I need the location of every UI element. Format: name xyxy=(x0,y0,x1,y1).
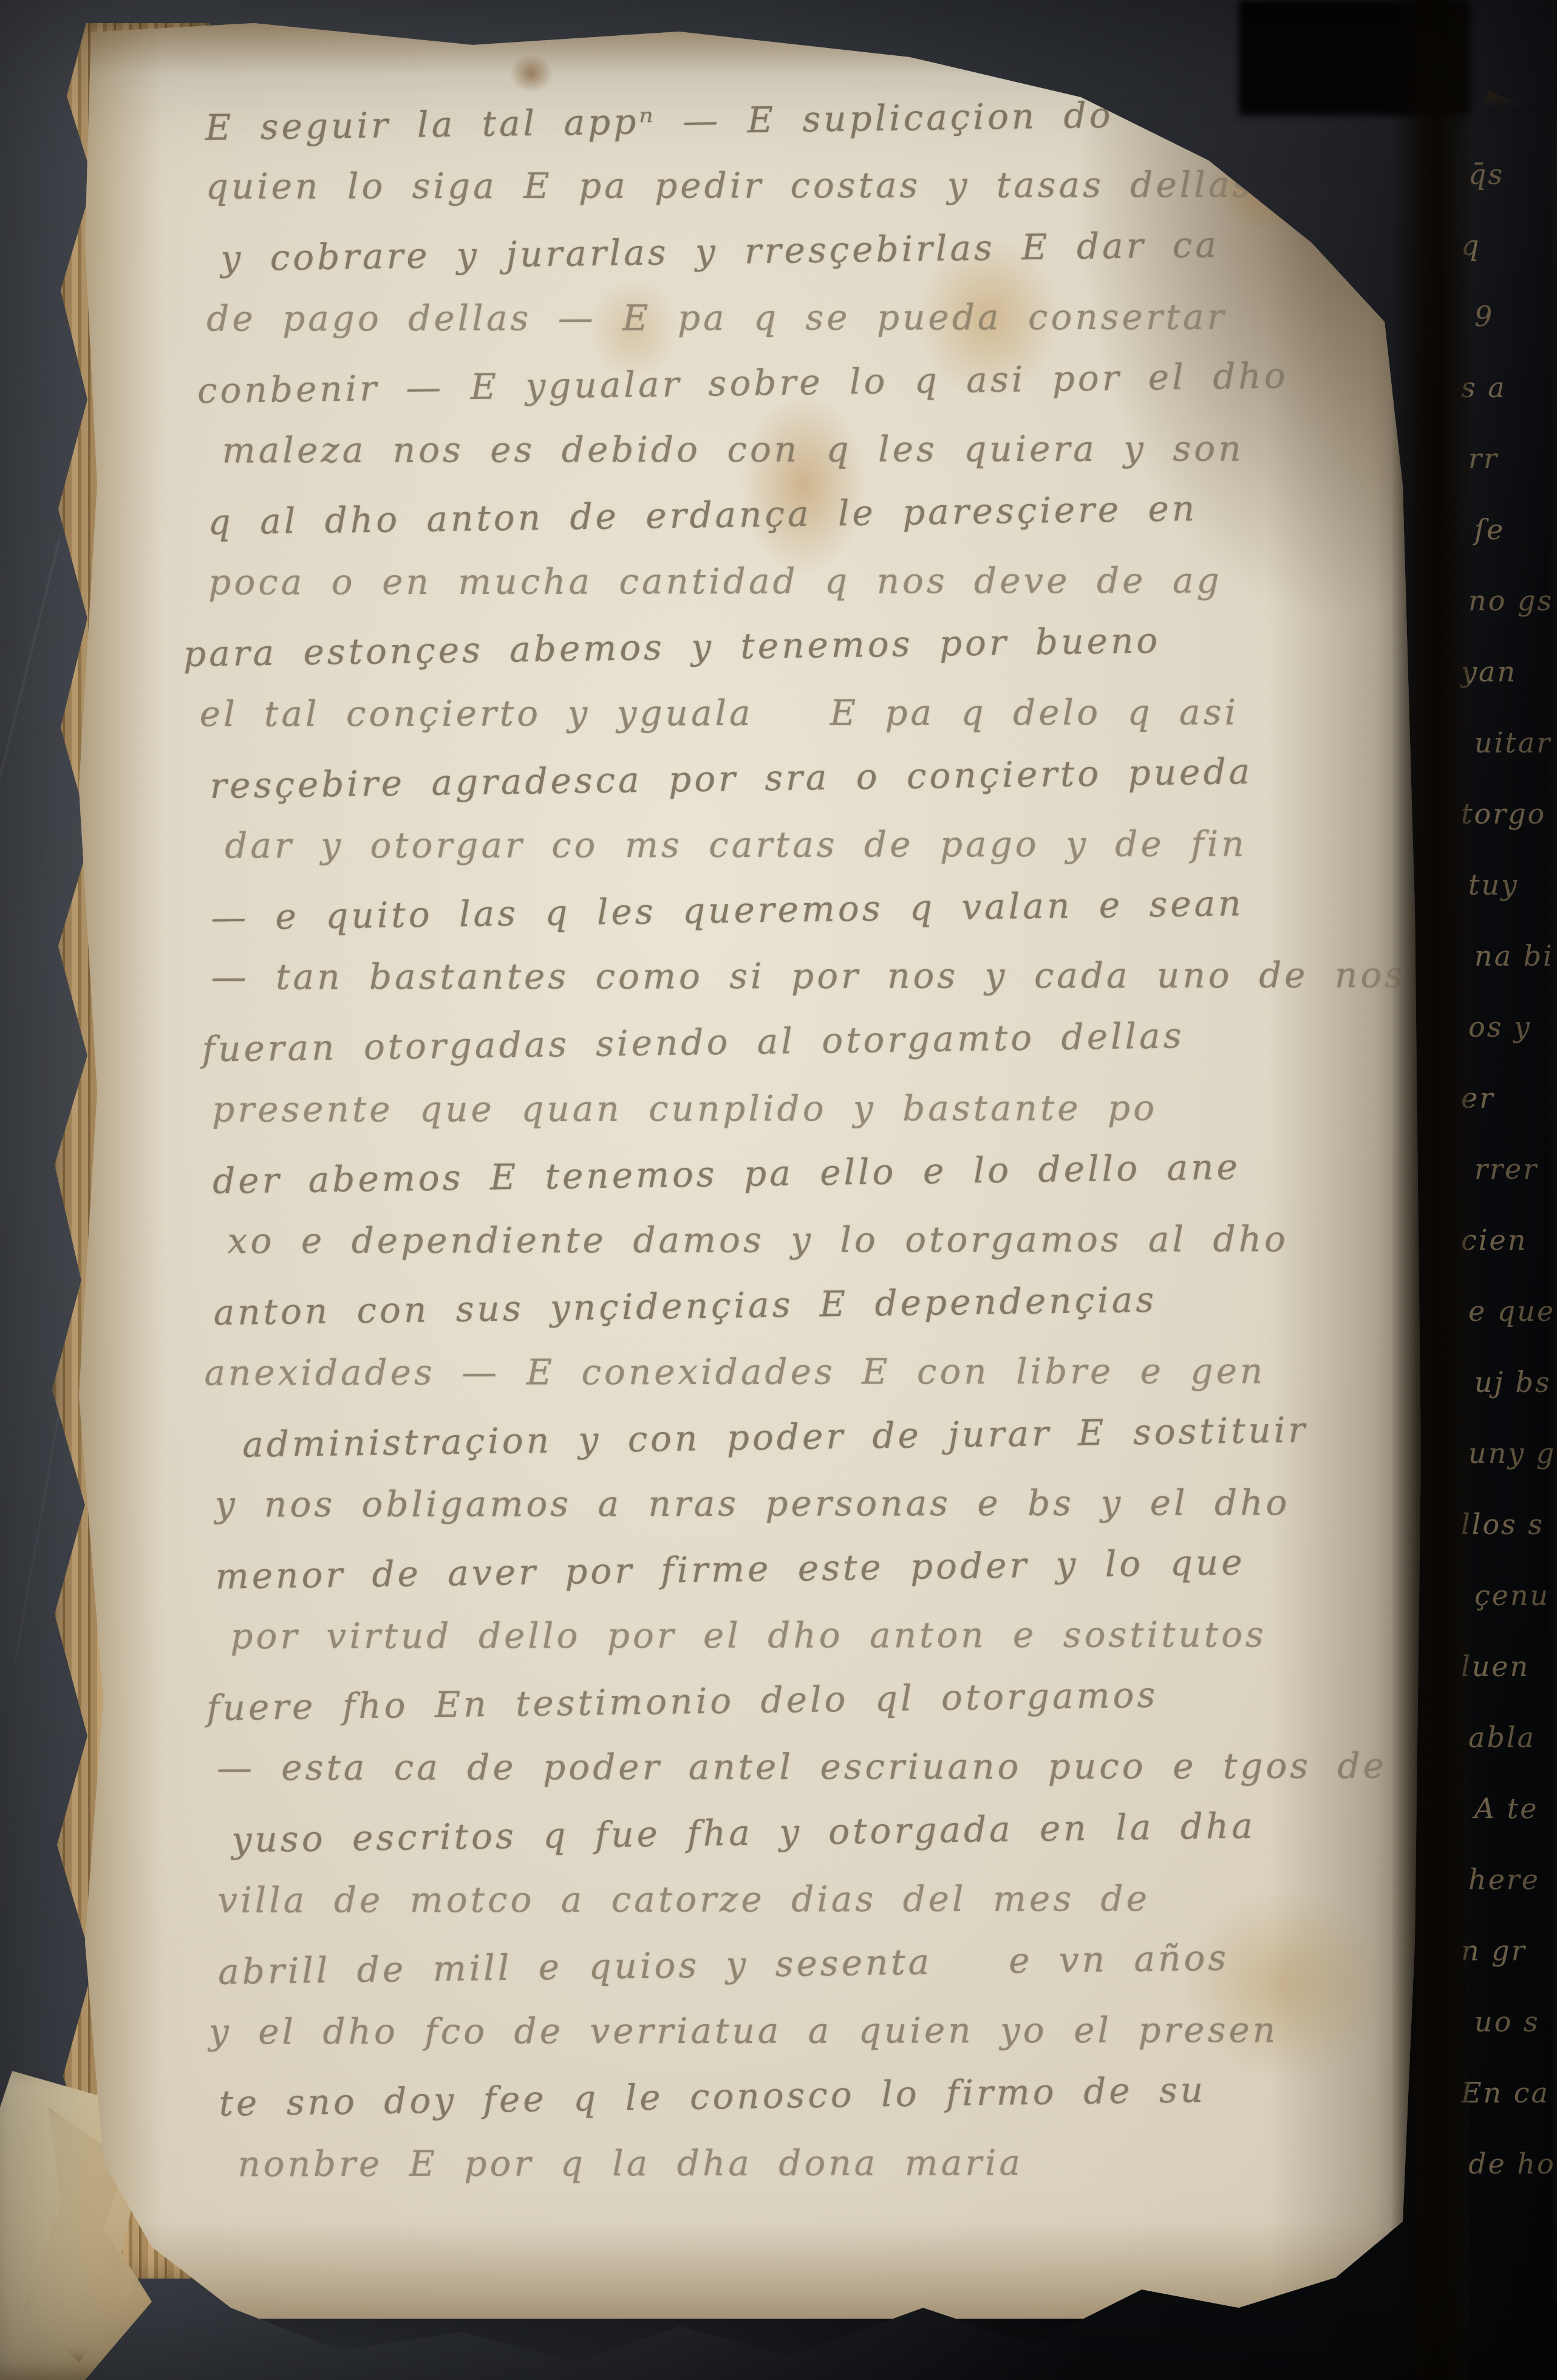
manuscript-line: fueran otorgadas siendo al otorgamto del… xyxy=(202,1015,1185,1070)
manuscript-fragment: de ho xyxy=(1468,2147,1556,2180)
manuscript-line: quien lo siga E pa pedir costas y tasas … xyxy=(206,163,1375,206)
manuscript-fragment: llos s xyxy=(1461,1508,1544,1541)
manuscript-fragment: çenu xyxy=(1474,1579,1550,1612)
manuscript-fragment: n gr xyxy=(1461,1934,1527,1967)
manuscript-fragment: os y xyxy=(1468,1011,1531,1043)
manuscript-photo: E seguir la tal appⁿ — E suplicaçion do … xyxy=(0,0,1557,2380)
manuscript-line: nonbre E por q la dha dona maria xyxy=(237,2142,1023,2184)
manuscript-line: te sno doy fee q le conosco lo firmo de … xyxy=(219,2069,1206,2124)
manuscript-line: conbenir — E ygualar sobre lo q asi por … xyxy=(197,355,1289,411)
manuscript-line: fuere fho En testimonio delo ql otorgamo… xyxy=(206,1674,1159,1729)
ink-stain xyxy=(510,55,553,92)
manuscript-line: — e quito las q les queremos q valan e s… xyxy=(211,882,1244,938)
background-scratch xyxy=(0,540,60,918)
manuscript-fragment: er xyxy=(1461,1082,1494,1114)
manuscript-line: y cobrare y jurarlas y rresçebirlas E da… xyxy=(220,224,1219,279)
manuscript-line: der abemos E tenemos pa ello e lo dello … xyxy=(213,1146,1241,1202)
manuscript-fragment: here xyxy=(1468,1863,1540,1896)
manuscript-line: abrill de mill e quios y sesenta e vn añ… xyxy=(218,1937,1230,1992)
manuscript-fragment: En ca xyxy=(1461,2076,1550,2109)
manuscript-fragment: tuy xyxy=(1468,868,1519,901)
manuscript-fragment: uny g xyxy=(1468,1437,1556,1470)
manuscript-line: yuso escritos q fue fha y otorgada en la… xyxy=(231,1805,1256,1861)
manuscript-line: — tan bastantes como si por nos y cada u… xyxy=(211,954,1406,997)
manuscript-fragment: ſe xyxy=(1474,513,1505,546)
manuscript-fragment: q xyxy=(1461,229,1480,262)
manuscript-fragment: luen xyxy=(1461,1650,1530,1683)
manuscript-line: xo e dependiente damos y lo otorgamos al… xyxy=(228,1218,1289,1261)
manuscript-line: el tal conçierto y yguala E pa q delo q … xyxy=(200,691,1239,734)
manuscript-fragment: na bi xyxy=(1474,939,1554,972)
manuscript-line: por virtud dello por el dho anton e sost… xyxy=(230,1614,1267,1657)
background-dark-patch xyxy=(1239,0,1470,115)
manuscript-line: dar y otorgar co ms cartas de pago y de … xyxy=(225,823,1247,866)
manuscript-line: villa de motco a catorze dias del mes de xyxy=(217,1878,1150,1921)
manuscript-line: para estonçes abemos y tenemos por bueno xyxy=(183,619,1161,674)
manuscript-line: presente que quan cunplido y bastante po xyxy=(212,1087,1157,1130)
manuscript-page-left: E seguir la tal appⁿ — E suplicaçion do … xyxy=(72,17,1432,2319)
manuscript-fragment: rr xyxy=(1468,442,1499,475)
manuscript-line: maleza nos es debido con q les quiera y … xyxy=(222,428,1244,471)
manuscript-line: y el dho fco de verriatua a quien yo el … xyxy=(209,2009,1278,2052)
manuscript-fragment: uo s xyxy=(1474,2005,1540,2038)
manuscript-line: q al dho anton de erdança le paresçiere … xyxy=(208,488,1198,543)
manuscript-fragment: cien xyxy=(1461,1224,1527,1256)
manuscript-text-left: E seguir la tal appⁿ — E suplicaçion do … xyxy=(205,94,1429,2240)
manuscript-fragment: abla xyxy=(1468,1721,1536,1754)
manuscript-fragment: rrer xyxy=(1474,1153,1538,1185)
manuscript-line: y nos obligamos a nras personas e bs y e… xyxy=(215,1482,1290,1525)
manuscript-fragment: yan xyxy=(1461,655,1517,688)
manuscript-fragment: 9 xyxy=(1474,300,1494,333)
manuscript-fragment: uitar xyxy=(1474,726,1552,759)
manuscript-line: poca o en mucha cantidad q nos deve de a… xyxy=(208,559,1222,602)
manuscript-page-right: q̄sq9s arrſeno gsyanuitartorgotuyna bios… xyxy=(1434,91,1557,2302)
manuscript-line: menor de aver por firme este poder y lo … xyxy=(215,1541,1245,1597)
manuscript-line: anexidades — E conexidades E con libre e… xyxy=(204,1350,1266,1393)
manuscript-fragment: e que xyxy=(1468,1295,1555,1328)
manuscript-fragment: q̄s xyxy=(1468,158,1504,191)
manuscript-fragment: torgo xyxy=(1461,797,1546,830)
manuscript-fragment: s a xyxy=(1461,371,1507,404)
manuscript-line: anton con sus ynçidençias E dependençias xyxy=(213,1279,1157,1334)
manuscript-line: de pago dellas — E pa q se pueda consert… xyxy=(206,296,1227,339)
manuscript-fragment: no gs xyxy=(1468,584,1553,617)
manuscript-fragment: A te xyxy=(1474,1792,1539,1825)
manuscript-fragment: uj bs xyxy=(1474,1366,1552,1399)
manuscript-line: — esta ca de poder antel escriuano puco … xyxy=(217,1745,1387,1788)
background-scratch xyxy=(15,1411,61,1662)
manuscript-line: resçebire agradesca por sra o conçierto … xyxy=(210,751,1253,806)
manuscript-line: administraçion y con poder de jurar E so… xyxy=(242,1409,1309,1465)
manuscript-text-right: q̄sq9s arrſeno gsyanuitartorgotuyna bios… xyxy=(1434,91,1557,2302)
